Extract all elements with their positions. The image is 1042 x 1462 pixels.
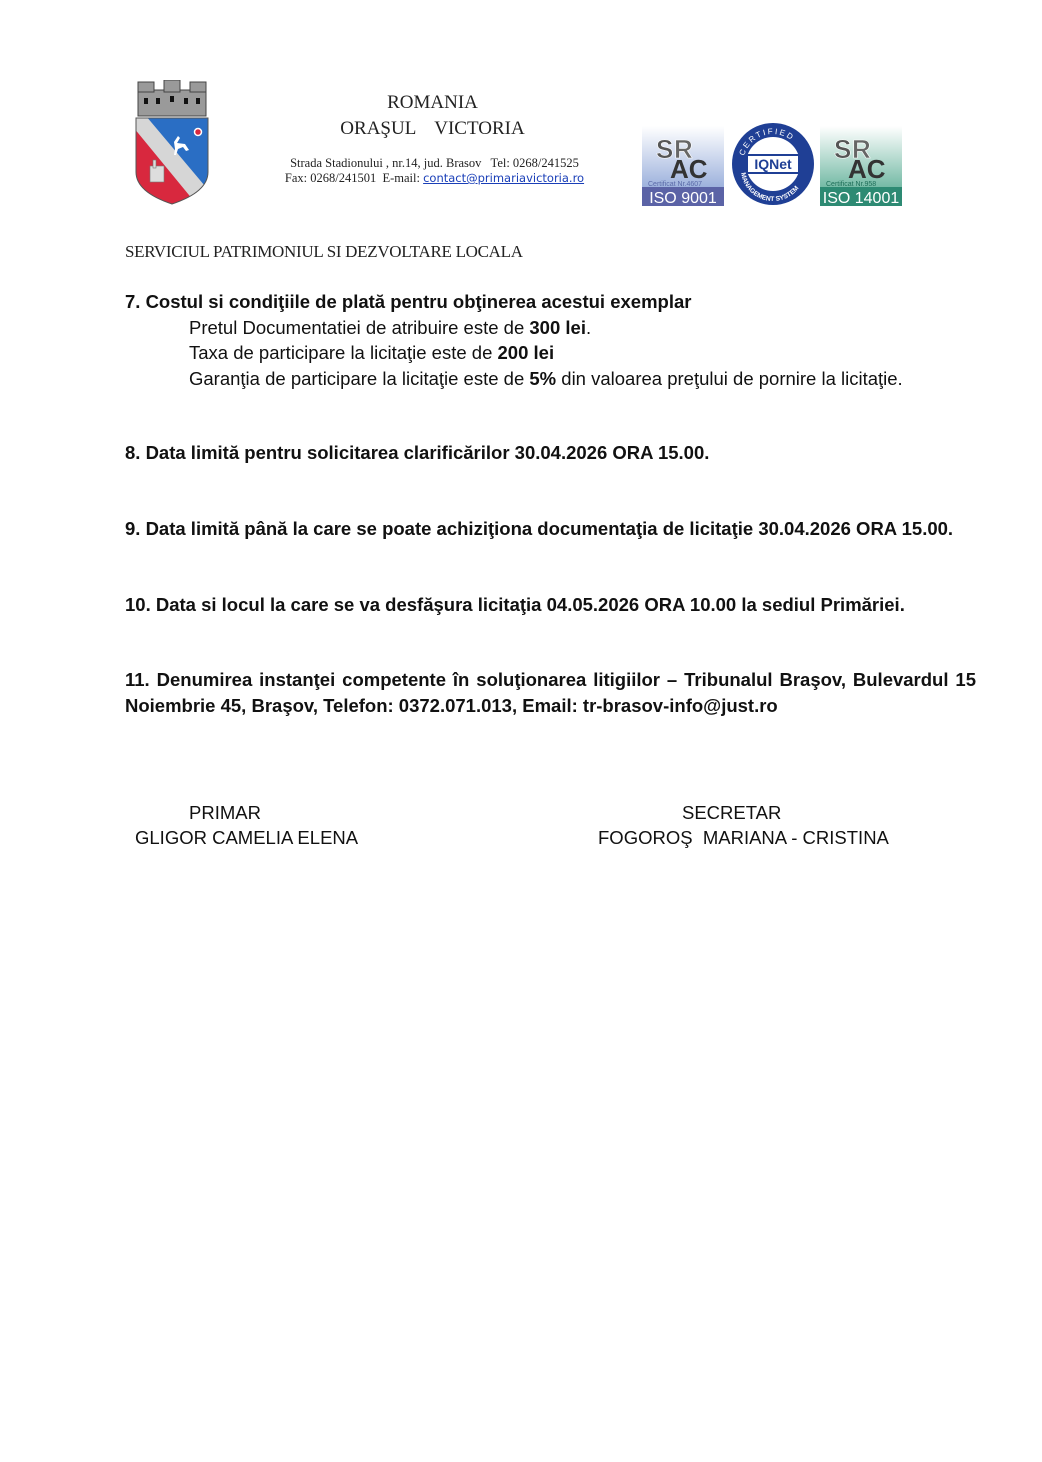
section-10: 10. Data si locul la care se va desfăşur… (125, 592, 976, 618)
fax-label: Fax: 0268/241501 E-mail: (285, 171, 423, 185)
section-9: 9. Data limită până la care se poate ach… (125, 516, 976, 542)
iqnet-certified-badge: IQNet CERTIFIED MANAGEMENT SYSTEM (731, 121, 815, 207)
participation-guarantee: Garanţia de participare la licitaţie est… (125, 366, 976, 392)
fax-email-line: Fax: 0268/241501 E-mail: contact@primari… (262, 171, 607, 186)
header-title: ROMANIA ORAŞUL VICTORIA (260, 90, 605, 142)
section-8: 8. Data limită pentru solicitarea clarif… (125, 440, 976, 466)
header-contact: Strada Stadionului , nr.14, jud. Brasov … (262, 156, 607, 186)
coat-of-arms-icon (134, 80, 210, 206)
srac-iso9001-badge: S R AC Certificat Nr.4607 ISO 9001 (642, 126, 724, 206)
mayor-name: GLIGOR CAMELIA ELENA (125, 825, 395, 850)
section-11: 11. Denumirea instanţei competente în so… (125, 667, 976, 718)
town-name: ORAŞUL VICTORIA (260, 116, 605, 142)
cert-number: Certificat Nr.4607 (648, 181, 702, 188)
svg-text:IQNet: IQNet (754, 156, 792, 172)
svg-text:ISO 9001: ISO 9001 (649, 190, 717, 206)
email-link[interactable]: contact@primariavictoria.ro (423, 171, 584, 185)
svg-text:Certificat Nr.958: Certificat Nr.958 (826, 181, 876, 188)
srac-iso14001-badge: S R AC Certificat Nr.958 ISO 14001 (820, 126, 902, 206)
signature-secretary: SECRETAR FOGOROŞ MARIANA - CRISTINA (590, 800, 920, 850)
svg-text:AC: AC (670, 154, 708, 184)
mayor-title: PRIMAR (125, 800, 395, 825)
address-line: Strada Stadionului , nr.14, jud. Brasov … (262, 156, 607, 171)
section-7-heading: 7. Costul si condiţiile de plată pentru … (125, 289, 976, 315)
secretary-title: SECRETAR (590, 800, 920, 825)
participation-fee: Taxa de participare la licitaţie este de… (125, 340, 976, 366)
documentation-price: Pretul Documentatiei de atribuire este d… (125, 315, 976, 341)
svg-text:ISO 14001: ISO 14001 (823, 190, 900, 206)
section-7: 7. Costul si condiţiile de plată pentru … (125, 289, 976, 391)
signature-mayor: PRIMAR GLIGOR CAMELIA ELENA (125, 800, 395, 850)
department-name: SERVICIUL PATRIMONIUL SI DEZVOLTARE LOCA… (125, 242, 523, 262)
country-name: ROMANIA (260, 90, 605, 116)
secretary-name: FOGOROŞ MARIANA - CRISTINA (590, 825, 920, 850)
svg-text:AC: AC (848, 154, 886, 184)
